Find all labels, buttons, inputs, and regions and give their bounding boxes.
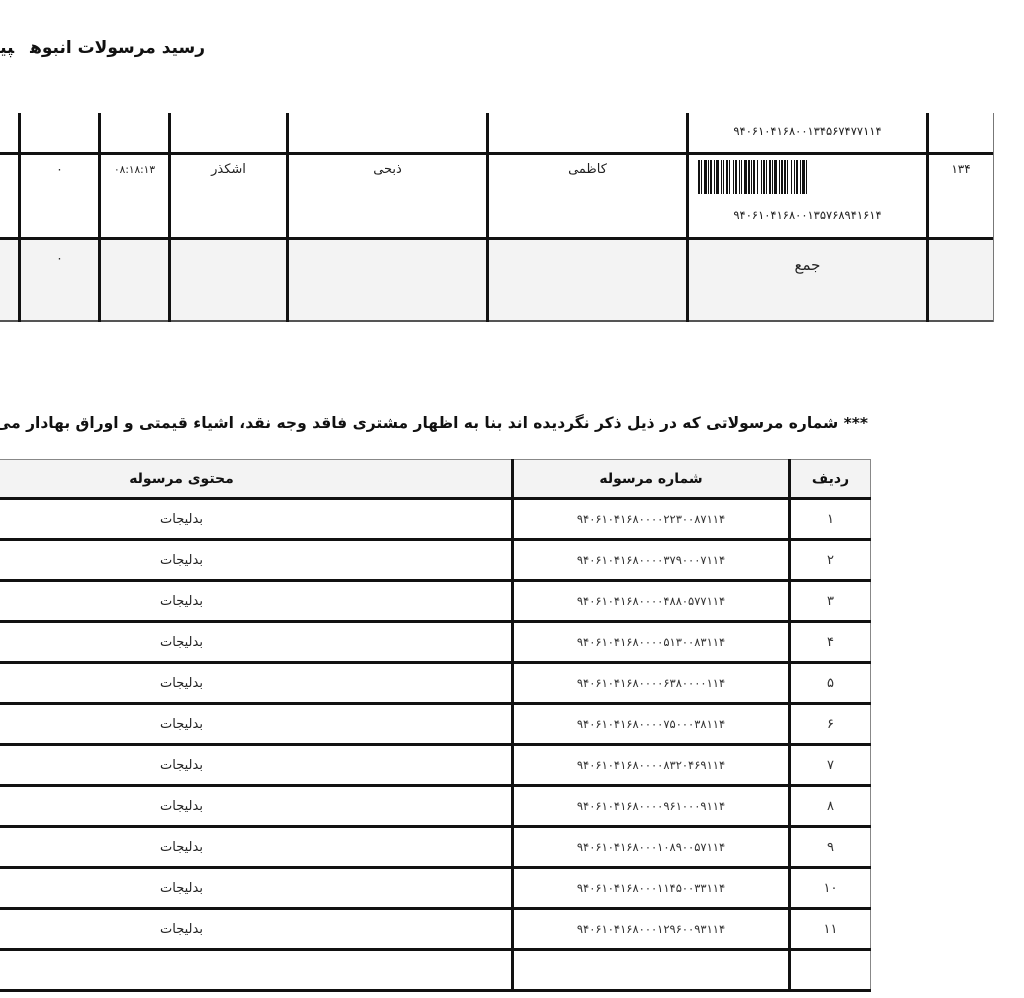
row-content: بدلیجات [0, 663, 513, 704]
table-right-border [993, 113, 994, 322]
row-content: بدلیجات [0, 868, 513, 909]
items-table: ردیف شماره مرسوله محتوی مرسوله ۱۹۴۰۶۱۰۴۱… [0, 459, 871, 992]
table-row: ۷۹۴۰۶۱۰۴۱۶۸۰۰۰۰۸۳۲۰۴۶۹۱۱۴بدلیجات [0, 745, 871, 786]
column-divider [18, 113, 21, 322]
row-receiver: ذبحی [289, 162, 486, 177]
row-tracking-number: ۹۴۰۶۱۰۴۱۶۸۰۰۰۱۲۹۶۰۰۹۳۱۱۴ [513, 909, 790, 950]
table-row: ۱۹۴۰۶۱۰۴۱۶۸۰۰۰۰۲۲۳۰۰۸۷۱۱۴بدلیجات [0, 499, 871, 540]
row-content: بدلیجات [0, 540, 513, 581]
row-index: ۹ [790, 827, 871, 868]
row-tracking-number: ۹۴۰۶۱۰۴۱۶۸۰۰۰۱۰۸۹۰۰۵۷۱۱۴ [513, 827, 790, 868]
row-index: ۶ [790, 704, 871, 745]
column-divider [168, 113, 171, 322]
table-row: ۱۱۹۴۰۶۱۰۴۱۶۸۰۰۰۱۲۹۶۰۰۹۳۱۱۴بدلیجات [0, 909, 871, 950]
row-content: بدلیجات [0, 745, 513, 786]
header-content: محتوی مرسوله [0, 460, 513, 499]
row-divider [0, 237, 994, 240]
row-index: ۱۱ [790, 909, 871, 950]
table-row: ۸۹۴۰۶۱۰۴۱۶۸۰۰۰۰۹۶۱۰۰۰۹۱۱۴بدلیجات [0, 786, 871, 827]
row-index: ۷ [790, 745, 871, 786]
row-tracking-number: ۹۴۰۶۱۰۴۱۶۸۰۰۰۰۵۱۳۰۰۸۳۱۱۴ [513, 622, 790, 663]
row-tracking-number: ۹۴۰۶۱۰۴۱۶۸۰۰۱۳۵۷۶۸۹۴۱۶۱۴ [689, 208, 926, 222]
row-content: بدلیجات [0, 827, 513, 868]
table-bottom-border [0, 320, 994, 322]
notice-heading: *** شماره مرسولاتی که در ذیل ذکر نگردیده… [0, 414, 868, 432]
row-tracking-number: ۹۴۰۶۱۰۴۱۶۸۰۰۰۰۴۸۸۰۵۷۷۱۱۴ [513, 581, 790, 622]
table-row: ۶۹۴۰۶۱۰۴۱۶۸۰۰۰۰۷۵۰۰۰۳۸۱۱۴بدلیجات [0, 704, 871, 745]
row-destination: اشکذر [171, 162, 286, 177]
table-row: ۹۹۴۰۶۱۰۴۱۶۸۰۰۰۱۰۸۹۰۰۵۷۱۱۴بدلیجات [0, 827, 871, 868]
column-divider [98, 113, 101, 322]
table-row: ۳۹۴۰۶۱۰۴۱۶۸۰۰۰۰۴۸۸۰۵۷۷۱۱۴بدلیجات [0, 581, 871, 622]
table-header-row: ردیف شماره مرسوله محتوی مرسوله [0, 460, 871, 499]
partial-row-tracking-number: ۹۴۰۶۱۰۴۱۶۸۰۰۱۳۴۵۶۷۴۷۷۱۱۴ [689, 124, 926, 138]
table-row: ۱۰۹۴۰۶۱۰۴۱۶۸۰۰۰۱۱۴۵۰۰۳۳۱۱۴بدلیجات [0, 868, 871, 909]
header-tracking-number: شماره مرسوله [513, 460, 790, 499]
column-divider [486, 113, 489, 322]
row-content: بدلیجات [0, 622, 513, 663]
header-index: ردیف [790, 460, 871, 499]
total-label: جمع [689, 256, 926, 274]
table-row: ۴۹۴۰۶۱۰۴۱۶۸۰۰۰۰۵۱۳۰۰۸۳۱۱۴بدلیجات [0, 622, 871, 663]
column-divider [286, 113, 289, 322]
row-index: ۲ [790, 540, 871, 581]
row-index [790, 950, 871, 991]
total-amount: ۰ [21, 251, 98, 265]
row-tracking-number: ۹۴۰۶۱۰۴۱۶۸۰۰۰۰۲۲۳۰۰۸۷۱۱۴ [513, 499, 790, 540]
table-row [0, 950, 871, 991]
row-time: ۰۸:۱۸:۱۳ [101, 164, 168, 176]
row-tracking-number [513, 950, 790, 991]
shipments-table: ۹۴۰۶۱۰۴۱۶۸۰۰۱۳۴۵۶۷۴۷۷۱۱۴ ۱۳۴ ۹۴۰۶۱۰۴۱۶۸۰… [0, 0, 1024, 340]
row-tracking-number: ۹۴۰۶۱۰۴۱۶۸۰۰۰۰۹۶۱۰۰۰۹۱۱۴ [513, 786, 790, 827]
row-tracking-number: ۹۴۰۶۱۰۴۱۶۸۰۰۰۰۷۵۰۰۰۳۸۱۱۴ [513, 704, 790, 745]
row-tracking-number: ۹۴۰۶۱۰۴۱۶۸۰۰۰۰۳۷۹۰۰۰۷۱۱۴ [513, 540, 790, 581]
total-row-background [0, 239, 993, 322]
row-index: ۱ [790, 499, 871, 540]
column-divider [926, 113, 929, 322]
row-sender: کاظمی [489, 162, 686, 177]
table-row: ۵۹۴۰۶۱۰۴۱۶۸۰۰۰۰۶۳۸۰۰۰۰۱۱۴بدلیجات [0, 663, 871, 704]
row-content: بدلیجات [0, 704, 513, 745]
row-index: ۵ [790, 663, 871, 704]
row-index: ۸ [790, 786, 871, 827]
row-index: ۱۳۴ [929, 162, 993, 176]
row-index: ۴ [790, 622, 871, 663]
row-index: ۳ [790, 581, 871, 622]
row-tracking-number: ۹۴۰۶۱۰۴۱۶۸۰۰۰۰۸۳۲۰۴۶۹۱۱۴ [513, 745, 790, 786]
row-content: بدلیجات [0, 499, 513, 540]
row-content [0, 950, 513, 991]
row-divider [0, 152, 994, 155]
row-content: بدلیجات [0, 909, 513, 950]
row-amount: ۰ [21, 162, 98, 176]
row-content: بدلیجات [0, 581, 513, 622]
row-index: ۱۰ [790, 868, 871, 909]
barcode-image [698, 160, 914, 194]
row-tracking-number: ۹۴۰۶۱۰۴۱۶۸۰۰۰۰۶۳۸۰۰۰۰۱۱۴ [513, 663, 790, 704]
row-tracking-number: ۹۴۰۶۱۰۴۱۶۸۰۰۰۱۱۴۵۰۰۳۳۱۱۴ [513, 868, 790, 909]
row-content: بدلیجات [0, 786, 513, 827]
table-row: ۲۹۴۰۶۱۰۴۱۶۸۰۰۰۰۳۷۹۰۰۰۷۱۱۴بدلیجات [0, 540, 871, 581]
